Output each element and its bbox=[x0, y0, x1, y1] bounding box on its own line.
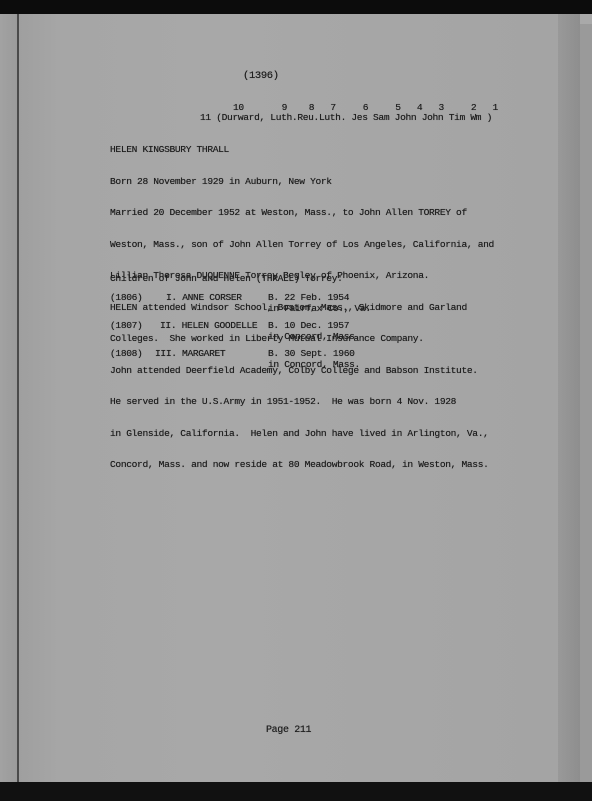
page-reference: (1396) bbox=[243, 71, 279, 82]
right-page-edge bbox=[558, 14, 580, 797]
left-page-edge bbox=[0, 14, 18, 797]
child-birth: B. 30 Sept. 1960in Concord, Mass. bbox=[268, 349, 360, 370]
child-birth: B. 10 Dec. 1957in Concord, Mass. bbox=[268, 321, 360, 342]
children-intro: Children of John and Helen (THRALL) Torr… bbox=[110, 274, 343, 285]
child-number: (1808) bbox=[110, 349, 142, 360]
body-line: He served in the U.S.Army in 1951-1952. … bbox=[110, 397, 494, 408]
scanner-background bbox=[0, 782, 592, 801]
body-line: Born 28 November 1929 in Auburn, New Yor… bbox=[110, 177, 494, 188]
body-line: Concord, Mass. and now reside at 80 Mead… bbox=[110, 460, 494, 471]
child-name: III. MARGARET bbox=[155, 349, 225, 360]
page-number: Page 211 bbox=[266, 726, 311, 737]
child-number: (1806) bbox=[110, 293, 142, 304]
child-name: I. ANNE CORSER bbox=[166, 293, 242, 304]
child-birth: B. 22 Feb. 1954in Fairfax Co., Va. bbox=[268, 293, 371, 314]
subject-name: HELEN KINGSBURY THRALL bbox=[110, 145, 494, 156]
child-name: II. HELEN GOODELLE bbox=[160, 321, 257, 332]
generation-names: 11 (Durward, Luth.Reu.Luth. Jes Sam John… bbox=[200, 113, 492, 124]
child-number: (1807) bbox=[110, 321, 142, 332]
body-line: Weston, Mass., son of John Allen Torrey … bbox=[110, 240, 494, 251]
right-page-edge-outer bbox=[580, 24, 592, 801]
body-line: Married 20 December 1952 at Weston, Mass… bbox=[110, 208, 494, 219]
body-line: in Glenside, California. Helen and John … bbox=[110, 429, 494, 440]
child-entry: (1808) III. MARGARET B. 30 Sept. 1960in … bbox=[110, 349, 121, 391]
